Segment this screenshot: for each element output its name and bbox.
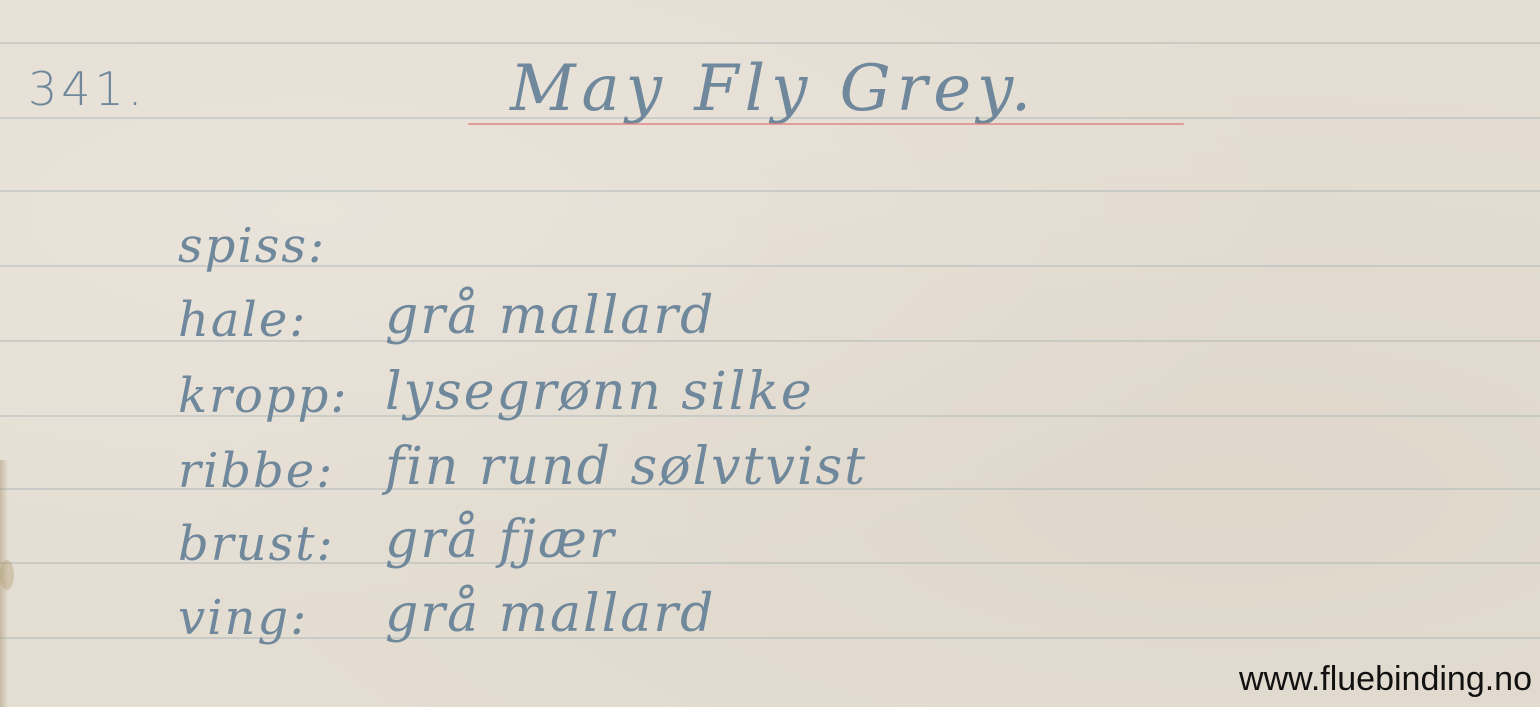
entry-number: 341.	[28, 62, 146, 116]
ruled-line	[0, 42, 1540, 44]
recipe-label-ving: ving:	[178, 590, 308, 646]
recipe-label-kropp: kropp:	[178, 368, 349, 424]
title-underline	[468, 123, 1184, 125]
recipe-value-brust: grå fjær	[385, 510, 616, 570]
recipe-label-brust: brust:	[178, 516, 335, 572]
recipe-label-spiss: spiss:	[178, 218, 326, 274]
site-watermark: www.fluebinding.no	[1239, 660, 1532, 699]
recipe-value-ribbe: fin rund sølvtvist	[385, 437, 867, 497]
paper-stain	[0, 560, 14, 590]
handwritten-page: 341. May Fly Grey. spiss: hale: grå mall…	[0, 0, 1540, 707]
recipe-value-hale: grå mallard	[385, 286, 715, 346]
page-title: May Fly Grey.	[510, 52, 1037, 126]
recipe-label-ribbe: ribbe:	[178, 443, 334, 499]
ruled-line	[0, 190, 1540, 192]
recipe-value-ving: grå mallard	[385, 584, 715, 644]
recipe-label-hale: hale:	[178, 292, 307, 348]
recipe-value-kropp: lysegrønn silke	[385, 362, 814, 422]
